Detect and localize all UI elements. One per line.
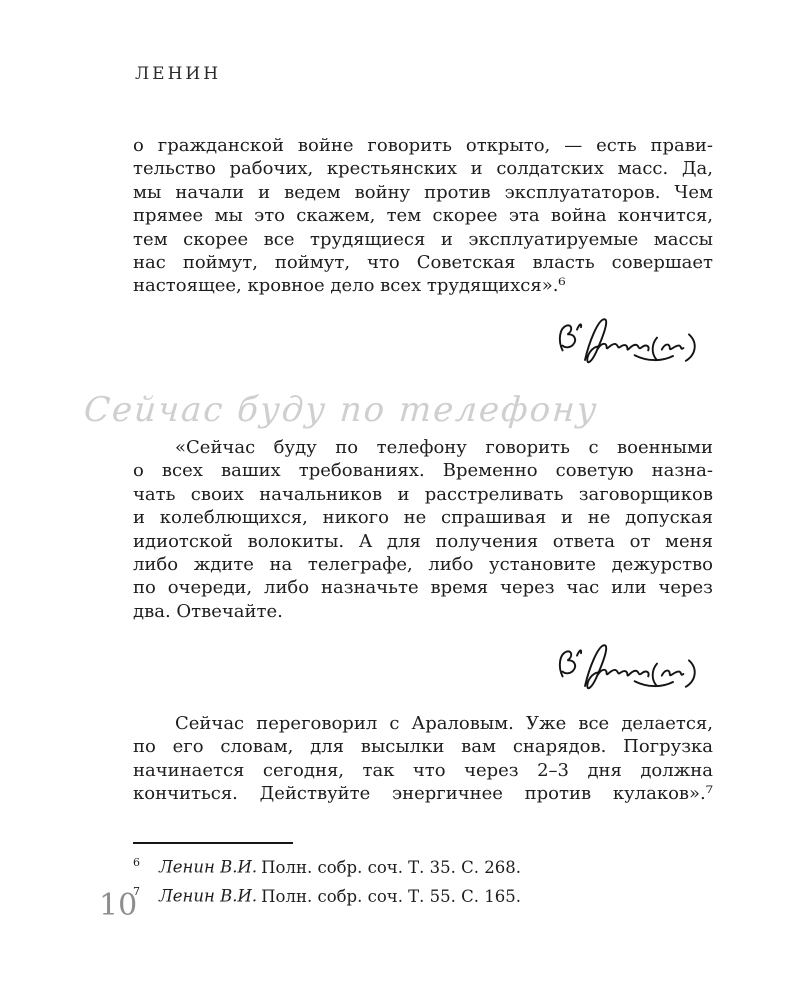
text-line: настоящее, кровное дело всех трудящихся»… [133,274,713,297]
text-line: тельство рабочих, крестьянских и солдатс… [133,157,713,180]
page-number: 10 [99,888,137,923]
text-line: о гражданской войне говорить открыто, — … [133,134,713,157]
footnote-author: Ленин В.И. [159,858,257,877]
lenin-signature-icon [545,300,713,372]
text-line: либо ждите на телеграфе, либо установите… [133,553,713,576]
handwritten-overlay-text: Сейчас буду по телефону [83,390,606,430]
text-line: по его словам, для высылки вам снарядов.… [133,735,713,758]
text-line: и колеблющихся, никого не спрашивая и не… [133,506,713,529]
text-line: мы начали и ведем войну против эксплуата… [133,181,713,204]
text-line: по очереди, либо назначьте время через ч… [133,576,713,599]
paragraph-aralov-quote: Сейчас переговорил с Араловым. Уже все д… [133,712,713,806]
text-line: Сейчас переговорил с Араловым. Уже все д… [133,712,713,735]
book-page: ЛЕНИН о гражданской войне говорить откры… [0,0,800,1000]
text-line: прямее мы это скажем, тем скорее эта вой… [133,204,713,227]
footnote-7: 7Ленин В.И.Полн. собр. соч. Т. 55. С. 16… [133,880,713,909]
footnote-text: Полн. собр. соч. Т. 55. С. 165. [261,887,521,906]
footnote-divider [133,842,293,844]
text-line: начинается сегодня, так что через 2–3 дн… [133,759,713,782]
footnote-marker: 6 [133,851,159,876]
text-line: нас поймут, поймут, что Советская власть… [133,251,713,274]
text-line: кончиться. Действуйте энергичнее против … [133,782,713,805]
footnote-author: Ленин В.И. [159,887,257,906]
text-line: чать своих начальников и расстреливать з… [133,483,713,506]
footnote-6: 6Ленин В.И.Полн. собр. соч. Т. 35. С. 26… [133,851,713,880]
text-line: идиотской волокиты. А для получения отве… [133,530,713,553]
running-head: ЛЕНИН [135,64,221,84]
lenin-signature-icon [545,626,713,698]
text-line: два. Отвечайте. [133,600,713,623]
footnotes-block: 6Ленин В.И.Полн. собр. соч. Т. 35. С. 26… [133,851,713,909]
text-line: тем скорее все трудящиеся и эксплуатируе… [133,228,713,251]
paragraph-telephone-quote: «Сейчас буду по телефону говорить с воен… [133,436,713,623]
text-line: о всех ваших требованиях. Временно совет… [133,459,713,482]
paragraph-civil-war-quote: о гражданской войне говорить открыто, — … [133,134,713,298]
text-line: «Сейчас буду по телефону говорить с воен… [133,436,713,459]
footnote-text: Полн. собр. соч. Т. 35. С. 268. [261,858,521,877]
